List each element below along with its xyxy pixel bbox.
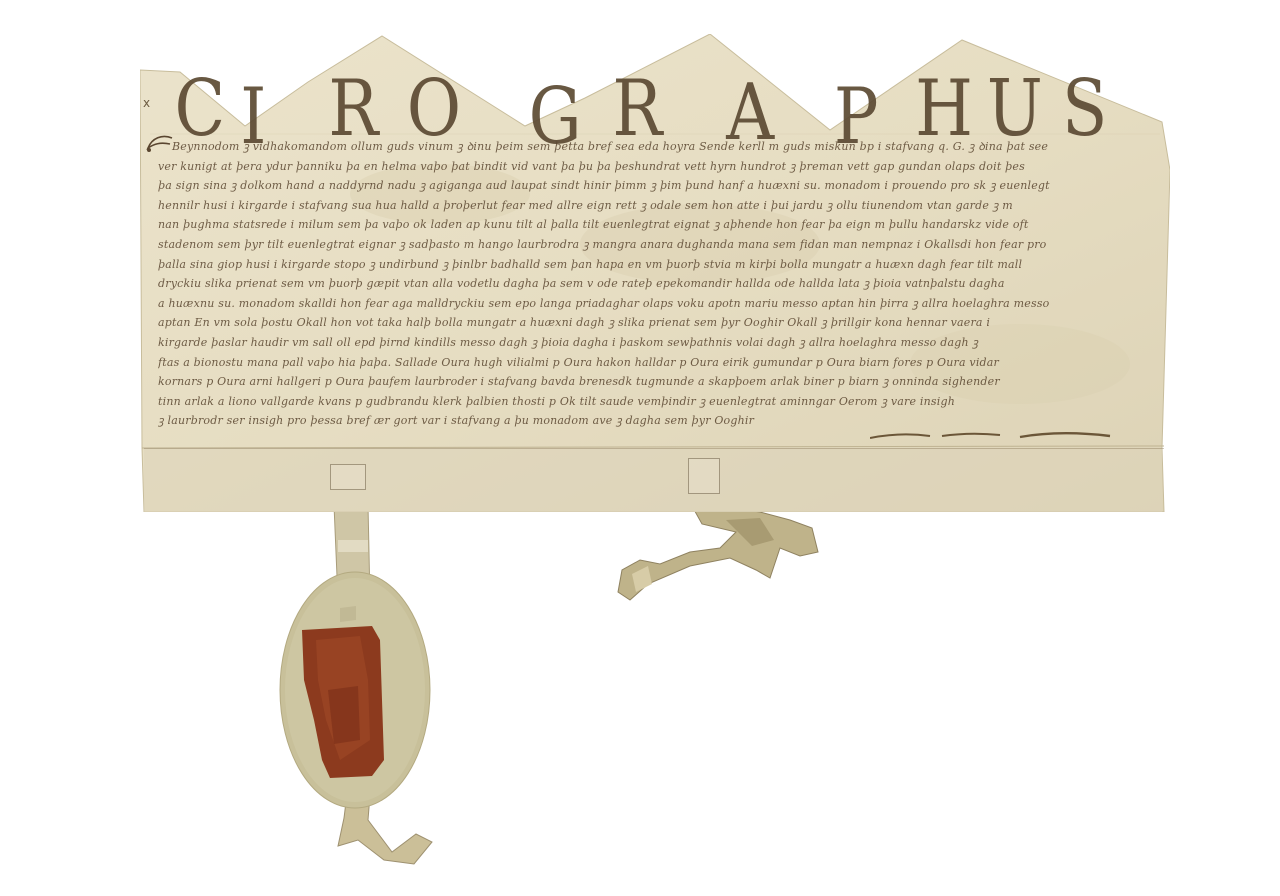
text-line: hennilr husi i kirgarde i stafvang sua h… xyxy=(158,196,1148,216)
text-line: a huæxnu su. monadom skalldi hon fear ag… xyxy=(158,294,1148,314)
text-line: aptan En vm sola þostu Okall hon vot tak… xyxy=(158,313,1148,333)
text-line: þalla sina giop husi i kirgarde stopo ꝫ … xyxy=(158,255,1148,275)
fold-turn-up xyxy=(144,448,1164,513)
charter-text: Beynnodom ꝫ vidhakomandom ollum guds vin… xyxy=(158,137,1148,431)
text-line: ver kunigt at þera ydur þanniku þa en he… xyxy=(158,157,1148,177)
margin-cross-mark: x xyxy=(143,96,150,110)
text-line: tinn arlak a liono vallgarde kvans p gud… xyxy=(158,392,1148,412)
charter-parchment: C I R O G R A P H U S Beynnodom ꝫ vidhak… xyxy=(140,34,1170,512)
text-line: kirgarde þaslar haudir vm sall oll epd þ… xyxy=(158,333,1148,353)
document-image: C I R O G R A P H U S Beynnodom ꝫ vidhak… xyxy=(0,0,1280,896)
seal-slit-left xyxy=(330,464,366,490)
text-line: stadenom sem þyr tilt euenlegtrat eignar… xyxy=(158,235,1148,255)
text-line: dryckiu slika prienat sem vm þuorþ gæpit… xyxy=(158,274,1148,294)
text-line: kornars p Oura arni hallgeri p Oura þauf… xyxy=(158,372,1148,392)
text-line: þa sign sina ꝫ dolkom hand a naddyrnd na… xyxy=(158,176,1148,196)
seal-slit-right xyxy=(688,458,720,494)
text-line: nan þughma statsrede i milum sem þa vaþo… xyxy=(158,215,1148,235)
line-filler-strokes xyxy=(870,430,1130,442)
text-line: Beynnodom ꝫ vidhakomandom ollum guds vin… xyxy=(158,137,1148,157)
text-line: ꝫ laurbrodr ser insigh pro þessa bref ær… xyxy=(158,411,1148,431)
text-line: ftas a bionostu mana pall vaþo hia þaþa.… xyxy=(158,353,1148,373)
